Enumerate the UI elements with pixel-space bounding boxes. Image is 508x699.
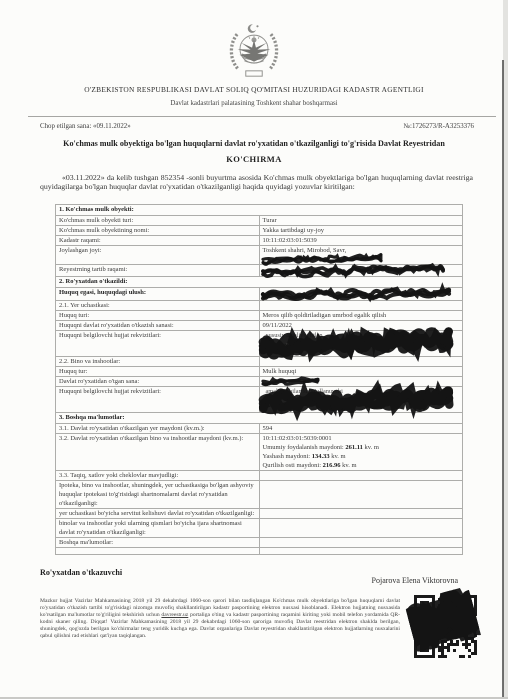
- empty-cell: [259, 548, 463, 555]
- row-label-cell: Huquq turi:: [56, 311, 260, 321]
- row-label-cell: binolar va inshootlar yoki ularning qism…: [56, 519, 260, 538]
- redaction-scribble: [263, 288, 449, 300]
- row-label-cell: Ko'chmas mulk obyekti turi:: [56, 216, 260, 226]
- table-row: Huquq tur:Mulk huquqi: [56, 367, 463, 377]
- print-date: Chop etilgan sana: «09.11.2022»: [40, 123, 131, 130]
- row-label-cell: Huquqni belgilovchi hujjat rekvizitlari:: [56, 387, 260, 413]
- row-value-cell: 10:11:02:03:01:5039: [259, 236, 463, 246]
- row-label-cell: yer uchastkasi bo'yicha servitut kelishu…: [56, 509, 260, 519]
- row-value-cell: [259, 509, 463, 519]
- table-row: Ko'chmas mulk obyektining nomi:Yakka tar…: [56, 226, 463, 236]
- table-row: Huquq turi:Meros qilib qoldiriladigan um…: [56, 311, 463, 321]
- row-label-cell: Huquq egasi, huquqdagi ulush:: [56, 288, 260, 301]
- row-value-text: Turar: [263, 217, 277, 224]
- row-value-cell: [259, 288, 463, 301]
- table-row: Kadastr raqami:10:11:02:03:01:5039: [56, 236, 463, 246]
- uzbekistan-emblem-icon: [225, 23, 283, 81]
- table-row: Huquqni belgilovchi hujjat rekvizitlari:…: [56, 331, 463, 357]
- registrar-label: Ro'yxatdan o'tkazuvchi: [40, 568, 122, 577]
- department-subtitle: Davlat kadastrlari palatasining Toshkent…: [0, 100, 508, 107]
- table-section-row: 1. Ko'chmas mulk obyekti:: [56, 205, 463, 216]
- signature-row: Ro'yxatdan o'tkazuvchi Pojarova Elena Vi…: [40, 568, 458, 585]
- document-title: Ko'chmas mulk obyektiga bo'lgan huquqlar…: [40, 139, 468, 150]
- row-label-cell: Reyestrning tartib raqami:: [56, 265, 260, 277]
- row-label-cell: 2.2. Bino va inshootlar:: [56, 357, 260, 367]
- intro-paragraph: «03.11.2022» da kelib tushgan 852354 -so…: [40, 173, 473, 193]
- document-subtitle: KO'CHIRMA: [0, 154, 508, 164]
- row-value-cell: xususiy amaliyot bilan: [259, 331, 463, 357]
- row-value-text: 594: [263, 425, 273, 432]
- davreestr-link: davreestr.uz: [161, 612, 188, 618]
- row-label-cell: 3.3. Taqiq, xatlov yoki cheklovlar mavju…: [56, 471, 260, 481]
- footer: Mazkur hujjat Vazirlar Mahkamasining 201…: [40, 598, 480, 661]
- row-value-text: Toshkent shahri, Mirobod, Savr,: [263, 247, 347, 254]
- table-row: Ipoteka, bino va inshootlar, shuningdek,…: [56, 481, 463, 509]
- value-line: Qurilish osti maydoni: 216.96 kv. m: [263, 461, 460, 470]
- row-value-text: Mulk huquqi: [263, 368, 297, 375]
- value-line: Yashash maydoni: 134.33 kv. m: [263, 452, 460, 461]
- empty-cell: [56, 548, 260, 555]
- row-value-text: Yakka tartibdagi uy-joy: [263, 227, 324, 234]
- table-subsection-row: 2.1. Yer uchastkasi:: [56, 301, 463, 311]
- table-row: Ko'chmas mulk obyekti turi:Turar: [56, 216, 463, 226]
- table-row: Joylashgan joyi:Toshkent shahri, Mirobod…: [56, 246, 463, 265]
- header-divider: [28, 116, 496, 117]
- row-label-cell: 3.1. Davlat ro'yxatidan o'tkazilgan yer …: [56, 424, 260, 434]
- value-line: Umumiy foydalanish maydoni: 261.11 kv. m: [263, 443, 460, 452]
- row-label-cell: Davlat ro'yxatidan o'tgan sana:: [56, 377, 260, 387]
- row-value-text: 10:11:02:03:01:5039: [263, 237, 317, 244]
- section-label: 1. Ko'chmas mulk obyekti:: [56, 205, 463, 216]
- table-empty-row: [56, 548, 463, 555]
- row-value-cell: amaliyot bilan shug'ullanuvchi: [259, 387, 463, 413]
- legal-paragraph: Mazkur hujjat Vazirlar Mahkamasining 201…: [40, 598, 400, 661]
- row-label-cell: Boshqa ma'lumotlar:: [56, 538, 260, 548]
- kadastr-kochirma-document: O'ZBEKISTON RESPUBLIKASI DAVLAT SOLIQ QO…: [0, 23, 508, 661]
- redaction-scribble: [263, 265, 443, 276]
- table-section-row: 2. Ro'yxatdan o'tkazildi:: [56, 277, 463, 288]
- table-row: 3.1. Davlat ro'yxatidan o'tkazilgan yer …: [56, 424, 463, 434]
- redaction-scribble: [263, 255, 381, 264]
- table-row: Boshqa ma'lumotlar:: [56, 538, 463, 548]
- row-value-text: 09/11/2022: [263, 322, 292, 329]
- row-label-cell: Huquqni davlat ro'yxatidan o'tkazish san…: [56, 321, 260, 331]
- table-row: Huquq egasi, huquqdagi ulush:: [56, 288, 463, 301]
- row-label-cell: Joylashgan joyi:: [56, 246, 260, 265]
- row-label-cell: 2.1. Yer uchastkasi:: [56, 301, 260, 311]
- section-label: 2. Ro'yxatdan o'tkazildi:: [56, 277, 463, 288]
- registry-table: 1. Ko'chmas mulk obyekti:Ko'chmas mulk o…: [55, 204, 463, 555]
- row-value-cell: [259, 301, 463, 311]
- qr-code: [414, 595, 480, 661]
- redaction-scribble: [263, 377, 318, 386]
- scan-edge-right-line: [502, 60, 504, 697]
- table-subsection-row: 2.2. Bino va inshootlar:: [56, 357, 463, 367]
- row-label-cell: 3.2. Davlat ro'yxatidan o'tkazilgan bino…: [56, 434, 260, 471]
- table-row: binolar va inshootlar yoki ularning qism…: [56, 519, 463, 538]
- row-value-cell: [259, 519, 463, 538]
- row-value-cell: [259, 471, 463, 481]
- row-label-cell: Ko'chmas mulk obyektining nomi:: [56, 226, 260, 236]
- meta-row: Chop etilgan sana: «09.11.2022» №:172627…: [40, 123, 474, 130]
- table-row: 3.2. Davlat ro'yxatidan o'tkazilgan bino…: [56, 434, 463, 471]
- doc-number: №:1726273/R-A3253376: [403, 123, 474, 130]
- row-label-cell: Ipoteka, bino va inshootlar, shuningdek,…: [56, 481, 260, 509]
- redaction-scribble: amaliyot bilan shug'ullanuvchi: [263, 387, 449, 412]
- row-value-cell: [259, 481, 463, 509]
- row-value-cell: Turar: [259, 216, 463, 226]
- registrar-name: Pojarova Elena Viktorovna: [372, 576, 458, 585]
- row-value-cell: Mulk huquqi: [259, 367, 463, 377]
- row-label-cell: Huquqni belgilovchi hujjat rekvizitlari:: [56, 331, 260, 357]
- row-value-cell: Yakka tartibdagi uy-joy: [259, 226, 463, 236]
- row-value-cell: 594: [259, 424, 463, 434]
- row-value-cell: [259, 265, 463, 277]
- row-label-cell: Kadastr raqami:: [56, 236, 260, 246]
- table-section-row: 3. Boshqa ma'lumotlar:: [56, 413, 463, 424]
- row-value-text: Meros qilib qoldiriladigan umrbod egalik…: [263, 312, 387, 319]
- row-value-cell: Meros qilib qoldiriladigan umrbod egalik…: [259, 311, 463, 321]
- value-line: 10:11:02:03:01:5039:0001: [263, 434, 460, 443]
- redaction-scribble: xususiy amaliyot bilan: [263, 331, 449, 356]
- section-label: 3. Boshqa ma'lumotlar:: [56, 413, 463, 424]
- table-row: Reyestrning tartib raqami:: [56, 265, 463, 277]
- row-label-cell: Huquq tur:: [56, 367, 260, 377]
- table-row: 3.3. Taqiq, xatlov yoki cheklovlar mavju…: [56, 471, 463, 481]
- table-row: yer uchastkasi bo'yicha servitut kelishu…: [56, 509, 463, 519]
- row-value-cell: 10:11:02:03:01:5039:0001Umumiy foydalani…: [259, 434, 463, 471]
- agency-title: O'ZBEKISTON RESPUBLIKASI DAVLAT SOLIQ QO…: [0, 85, 508, 94]
- row-value-cell: [259, 538, 463, 548]
- table-row: Huquqni belgilovchi hujjat rekvizitlari:…: [56, 387, 463, 413]
